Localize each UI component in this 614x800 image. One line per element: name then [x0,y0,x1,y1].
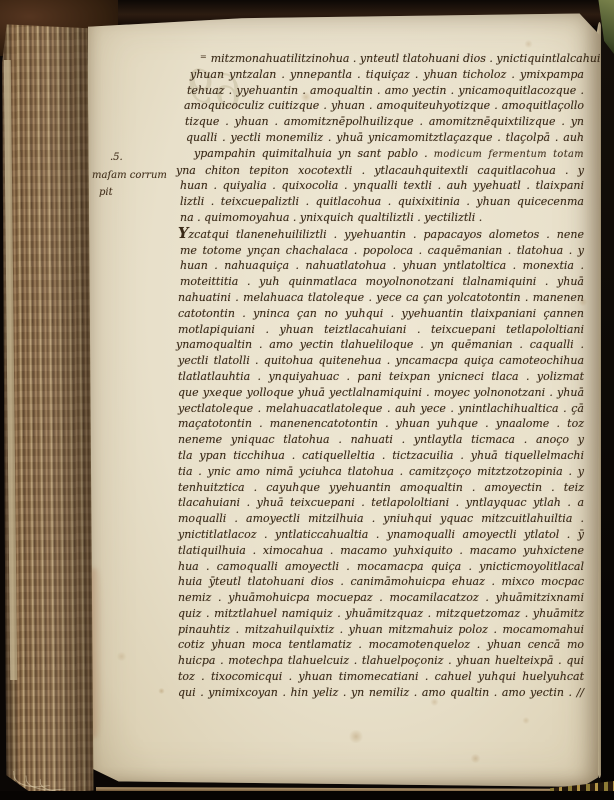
manuscript-line: maçatotontin . manenencatotontin . yhuan… [176,416,584,432]
text-block: =mitzmonahuatilitzinohua . ynteutl tlato… [176,49,584,701]
foxing-stain [300,92,312,102]
foxing-stain [524,40,533,48]
manuscript-line: na . quimomoyahua . ynixquich qualtilizt… [176,210,584,226]
manuscript-line: moteittitia . yuh quinmatlaca moyolnonot… [176,274,584,290]
manuscript-line: tlatlatlauhtia . ynquiyahuac . pani teix… [176,369,584,385]
manuscript-line: pinauhtiz . mitzahuilquixtiz . yhuan mit… [176,622,584,638]
manuscript-line: tlatiquilhuia . ximocahua . macamo yuhxi… [176,543,584,559]
gutter-shadow [601,0,614,800]
manuscript-line: liztli . teixcuepaliztli . quitlacohua .… [176,194,584,210]
foxing-stain [348,730,364,743]
manuscript-line: tla ypan ticchihua . catiquelleltia . ti… [176,448,584,464]
manuscript-line: motlapiquiani . yhuan teiztlacahuiani . … [176,322,584,338]
manuscript-line: ynictitlatlacoz . yntlaticcahualtia . yn… [176,527,584,543]
foxing-stain [470,754,481,763]
margin-note-number: .5. [110,152,123,163]
manuscript-page: 69 .5. maſam corrum pit =mitzmonahuatili… [88,12,600,790]
manuscript-line: nemiz . yhuāmohuicpa mocuepaz . mocamila… [176,590,584,606]
manuscript-line: hua . camoqualli amoyectli . mocamacpa q… [176,559,584,575]
manuscript-line: yectlatoleque . melahuacatlatoleque . au… [176,401,584,417]
manuscript-line: Yzcatqui tlanenehuililiztli . yyehuantin… [176,226,584,243]
manuscript-line: toz . tixocomicqui . yhuan timomecatiani… [176,669,584,685]
margin-note-latin-1: maſam corrum [92,170,167,181]
manuscript-line: catotontin . yninca çan no yuhqui . yyeh… [176,306,584,322]
manuscript-line: yna chiton tepiton xocotextli . ytlacauh… [176,163,584,179]
manuscript-line: qualli . yectli monemiliz . yhuā ynicamo… [176,130,584,146]
manuscript-line: neneme yniquac tlatohua . nahuati . yntl… [176,432,584,448]
latin-quote: modicum fermentum totam [434,149,584,160]
manuscript-line: huia ȳteutl tlatohuani dios . canimāmohu… [176,574,584,590]
foxing-stain [116,652,127,661]
manuscript-line: nahuatini . melahuaca tlatoleque . yece … [176,290,584,306]
foxing-stain [430,698,439,706]
manuscript-line: yectli tlatolli . quitohua quitenehua . … [176,353,584,369]
manuscript-line: tizque . yhuan . amomitznēpolhuilizque .… [176,114,584,130]
manuscript-line: ynamoqualtin . amo yectin tlahueliloque … [176,337,584,353]
insertion-mark: = [200,52,206,61]
foxing-stain [578,298,588,306]
manuscript-line: =mitzmonahuatilitzinohua . ynteutl tlato… [176,49,584,67]
manuscript-line: tlacahuiani . yhuā teixcuepani . tetlapo… [176,495,584,511]
manuscript-line: tia . ynic amo nimā yciuhca tlatohua . c… [176,464,584,480]
manuscript-line: yhuan yntzalan . ynnepantla . tiquiçaz .… [176,67,584,83]
manuscript-line: huan . quiyalia . quixocolia . ynqualli … [176,178,584,194]
manuscript-photo: 69 .5. maſam corrum pit =mitzmonahuatili… [0,0,614,800]
manuscript-line: huan . nahuaquiça . nahuatlatohua . yhua… [176,258,584,274]
manuscript-line: que yxeque yolloque yhuā yectlalnamiquin… [176,385,584,401]
manuscript-line: cotiz yhuan moca tentlamatiz . mocamoten… [176,637,584,653]
foxing-stain [522,717,530,724]
foxing-stain [158,688,165,694]
manuscript-line: qui . ynimixcoyan . hin yeliz . yn nemil… [176,685,584,701]
manuscript-line: amoquicoculiz cuitizque . yhuan . amoqui… [176,98,584,114]
photo-backdrop-bottom [0,791,614,800]
manuscript-line: huicpa . motechpa tlahuelcuiz . tlahuelp… [176,653,584,669]
manuscript-line: quiz . mitztlahuel namiquiz . yhuāmitzqu… [176,606,584,622]
margin-note-latin-2: pit [99,187,113,198]
manuscript-line: ypampahin quimitalhuia yn sant pablo . m… [176,146,584,163]
manuscript-line: moqualli . amoyectli mitzilhuia . yniuhq… [176,511,584,527]
manuscript-line: me totome ynçan chachalaca . popoloca . … [176,243,584,259]
manuscript-line: tehuaz . yyehuantin . amoqualtin . amo y… [176,83,584,99]
manuscript-line: tenhuitztica . cayuhque yyehuantin amoqu… [176,480,584,496]
